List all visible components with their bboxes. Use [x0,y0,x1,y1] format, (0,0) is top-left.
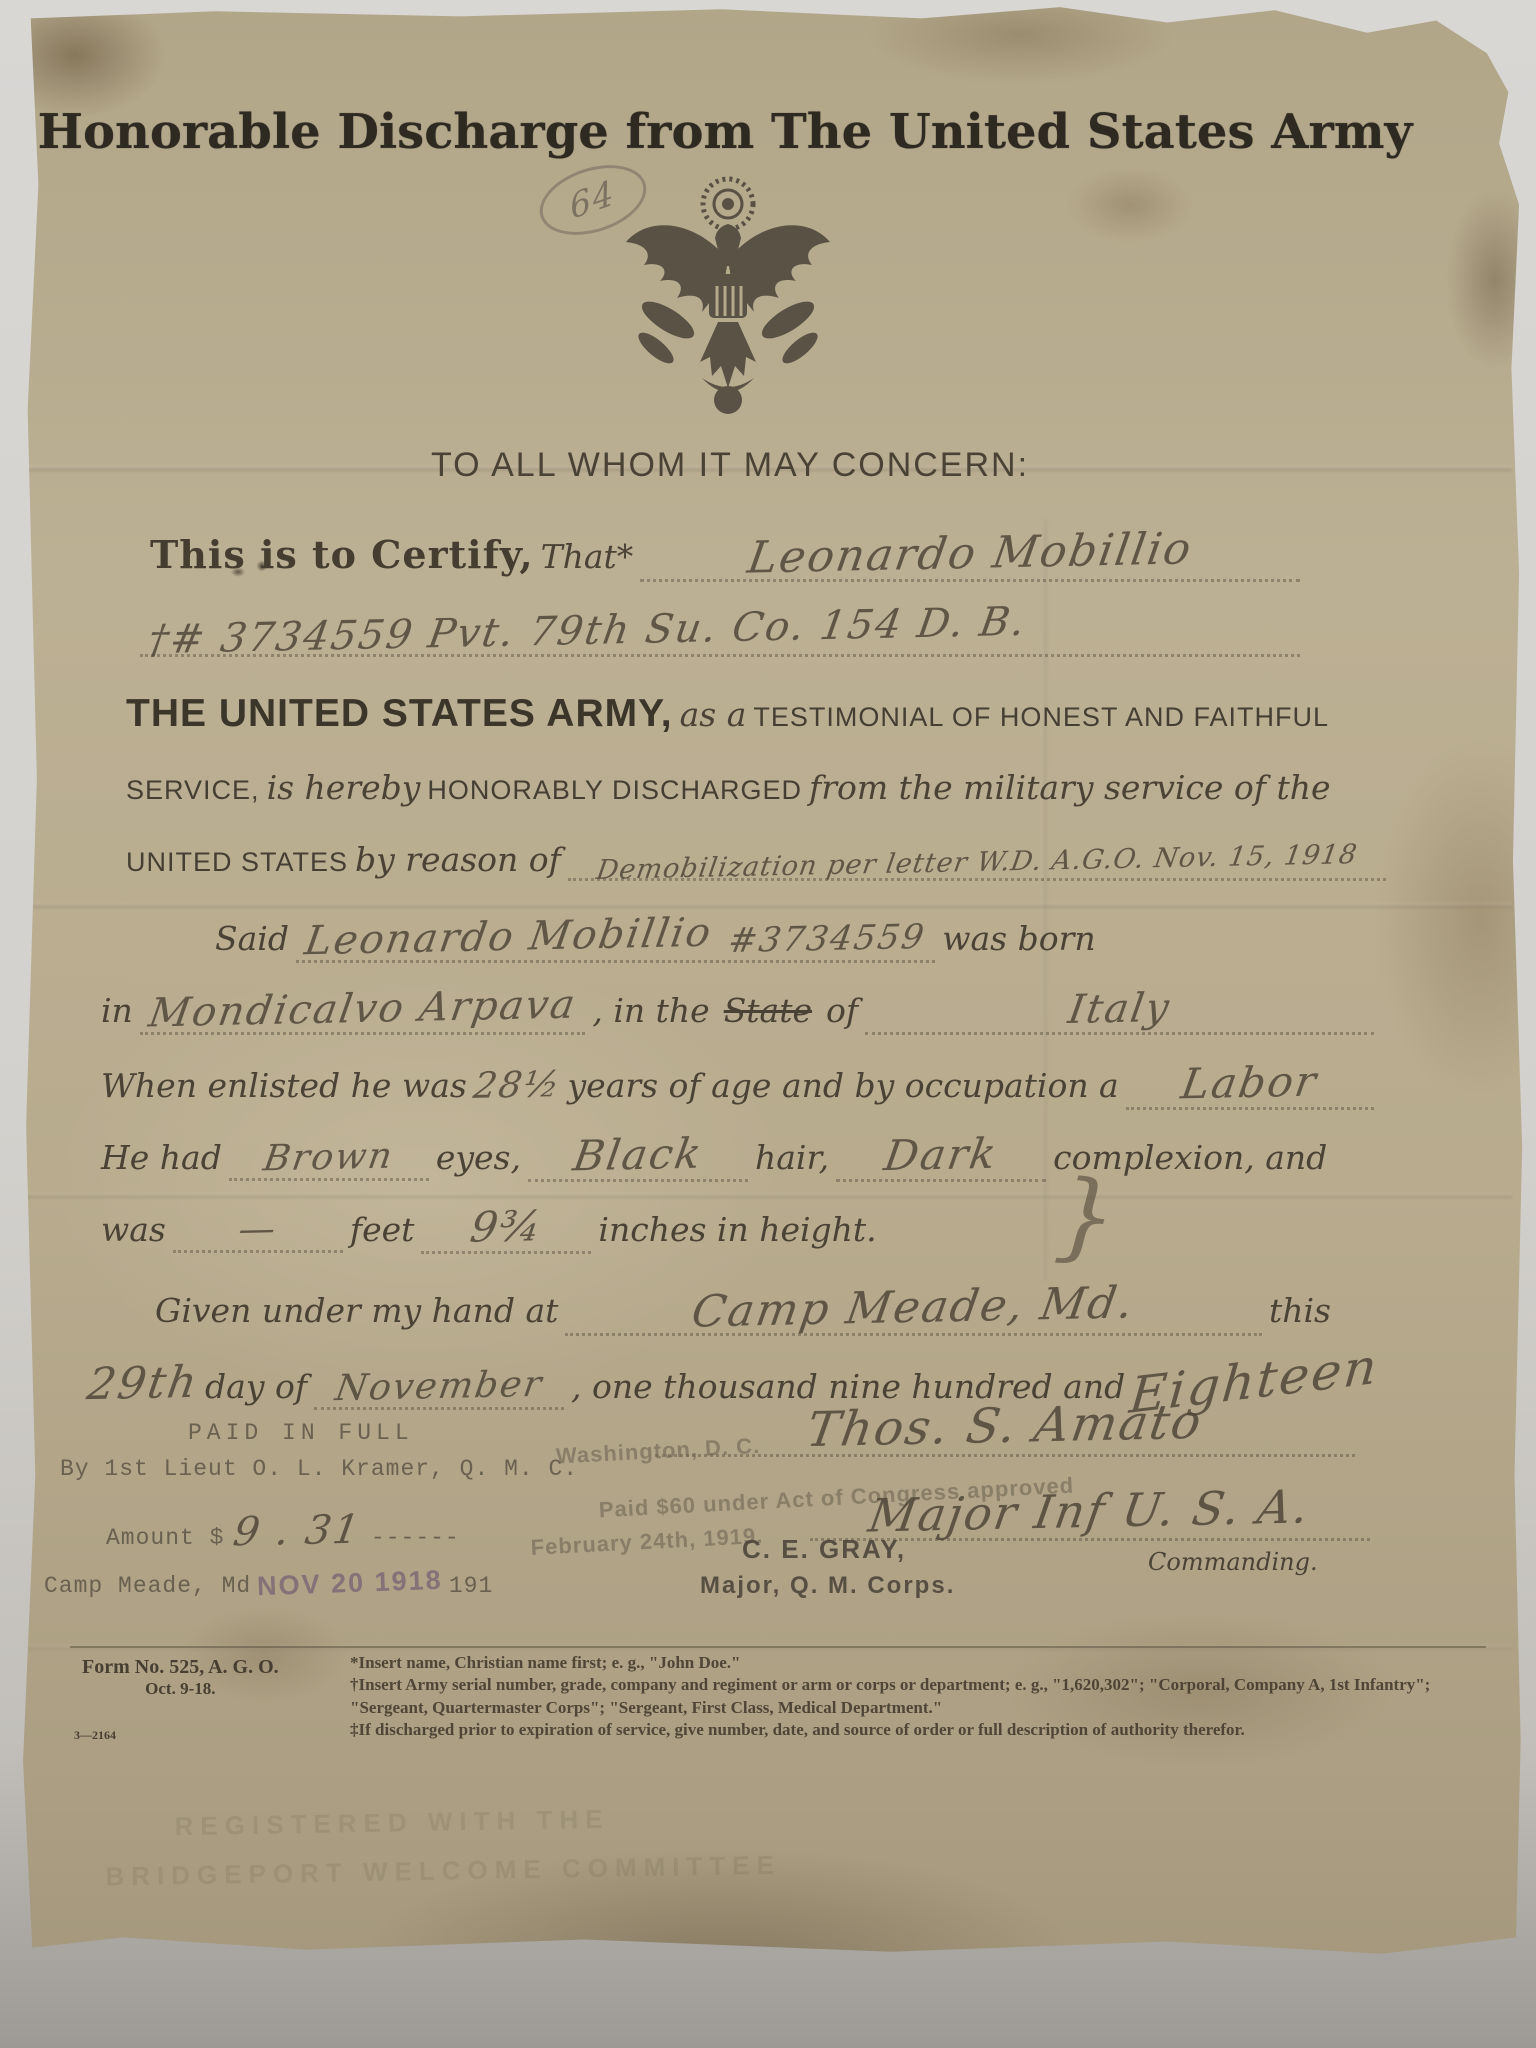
inches-word: inches in height. [598,1210,876,1249]
form-date: Oct. 9-18. [82,1679,279,1699]
qm-name-row: C. E. GRAY, [742,1534,906,1565]
hair-value: Black [570,1129,706,1181]
is-hereby: is hereby [267,768,421,807]
said-name-blank: Leonardo Mobillio #3734559 [296,914,935,963]
qm-title: Major, Q. M. Corps. [700,1572,955,1600]
certify-printed: This is to Certify, [150,532,534,577]
by-reason: by reason of [355,840,561,879]
serial-number: †# 3734559 Pvt. 79th Su. Co. 154 D. B. [145,599,1030,663]
month-value: November [332,1364,546,1409]
paragraph-line-2: SERVICE, is hereby HONORABLY DISCHARGED … [126,768,1338,807]
occupation-blank: Labor [1126,1058,1374,1110]
registration-stamp-line-1: REGISTERED WITH THE [174,1801,780,1843]
amount-label: Amount $ [106,1525,224,1551]
birthplace-line: in Mondicalvo Arpava , in the State of I… [94,986,1374,1035]
united-states-text: UNITED STATES [126,847,348,878]
complexion-blank: Dark [836,1130,1046,1182]
of-word: of [826,991,858,1030]
registration-stamp-line-2: BRIDGEPORT WELCOME COMMITTEE [105,1850,781,1893]
commanding-signature-row: Thos. S. Amato [655,1398,1355,1457]
camp-label: Camp Meade, Md [44,1573,251,1599]
month-blank: November [314,1366,564,1410]
fold-crease [24,903,1512,908]
testimonial-text: TESTIMONIAL OF HONEST AND FAITHFUL [753,702,1329,733]
said-word: Said [215,919,289,958]
this-word: this [1269,1291,1331,1330]
serial-line: †# 3734559 Pvt. 79th Su. Co. 154 D. B. [140,608,1300,657]
footnote-dagger: †Insert Army serial number, grade, compa… [350,1674,1490,1719]
form-number: Form No. 525, A. G. O. [82,1656,279,1679]
feet-blank: — [173,1209,343,1253]
state-value: Italy [1065,985,1174,1033]
place-blank: Camp Meade, Md. [565,1282,1262,1336]
feet-word: feet [350,1210,415,1249]
complexion-value: Dark [881,1129,1001,1180]
reason-blank: Demobilization per letter W.D. A.G.O. No… [568,847,1386,881]
soldier-name: Leonardo Mobillio [744,523,1196,583]
registration-stamp: REGISTERED WITH THE BRIDGEPORT WELCOME C… [174,1801,781,1892]
enlist-printed-2: years of age and by occupation a [568,1066,1119,1105]
certify-that: That* [541,537,634,576]
date-stamp: NOV 20 1918 [257,1565,444,1602]
certify-line: This is to Certify, That* Leonardo Mobil… [150,528,1300,582]
eyes-blank: Brown [229,1137,429,1181]
day-of: day of [205,1367,307,1406]
pen-brace-mark: } [1051,1158,1120,1274]
birthplace-value: Mondicalvo Arpava [146,982,580,1037]
commanding-signature: Thos. S. Amato [803,1394,1207,1458]
inches-value: 9¾ [467,1201,546,1251]
commanding-label-row: Commanding. [1148,1548,1318,1576]
as-a: as a [680,695,747,734]
document-title: Honorable Discharge from The United Stat… [38,104,1413,160]
inches-blank: 9¾ [421,1202,591,1254]
eagle-seal-icon [606,162,850,430]
height-line: was — feet 9¾ inches in height. [94,1202,884,1254]
given-printed: Given under my hand at [155,1291,558,1330]
qm-name: C. E. GRAY, [742,1534,906,1565]
paper-document: Honorable Discharge from The United Stat… [0,0,1536,2048]
commanding-label: Commanding. [1148,1548,1318,1576]
occupation-value: Labor [1178,1057,1321,1109]
said-line: Said Leonardo Mobillio #3734559 was born [208,914,1068,963]
feet-value: — [236,1209,281,1251]
year-suffix: 191 [449,1573,493,1599]
amount-value: 9 . 31 [231,1507,365,1556]
rank-signature: Major Inf U. S. A. [865,1479,1314,1542]
paid-in-full: PAID IN FULL [188,1420,414,1446]
amount-row: Amount $ 9 . 31 ------ [106,1508,460,1554]
salutation-row: TO ALL WHOM IT MAY CONCERN: [80,446,1380,485]
footer-divider [70,1646,1486,1648]
paid-in-full-row: PAID IN FULL [188,1420,414,1446]
qm-title-row: Major, Q. M. Corps. [700,1572,955,1600]
serial-blank: †# 3734559 Pvt. 79th Su. Co. 154 D. B. [140,608,1300,657]
age-value: 28½ [470,1064,563,1107]
place-value: Camp Meade, Md. [689,1277,1139,1337]
salutation: TO ALL WHOM IT MAY CONCERN: [431,446,1029,485]
hair-word: hair, [755,1138,829,1177]
fold-crease [24,1193,1512,1198]
name-blank: Leonardo Mobillio [640,528,1300,582]
eyes-word: eyes, [436,1138,521,1177]
rank-signature-row: Major Inf U. S. A. [810,1484,1370,1541]
army-bold-text: THE UNITED STATES ARMY, [126,692,673,736]
state-word-struck: State [724,991,812,1030]
reason-value: Demobilization per letter W.D. A.G.O. No… [594,839,1359,886]
birthplace-blank: Mondicalvo Arpava [140,986,586,1035]
said-name: Leonardo Mobillio [302,910,716,964]
signature-blank: Thos. S. Amato [655,1398,1355,1457]
description-line: He had Brown eyes, Black hair, Dark comp… [94,1130,1374,1182]
photo-of-document: { "title": "Honorable Discharge from The… [0,0,1536,2048]
in-word: in [101,991,133,1030]
eyes-value: Brown [261,1136,397,1180]
amount-dashes: ------ [371,1525,460,1551]
print-code: 3—2164 [74,1728,116,1743]
paid-by-row: By 1st Lieut O. L. Kramer, Q. M. C. [60,1456,578,1482]
hair-blank: Black [528,1130,748,1182]
was-word: was [101,1210,166,1249]
enlisted-line: When enlisted he was 28½ years of age an… [94,1058,1374,1110]
day-value: 29th [84,1357,202,1410]
was-born: was born [942,919,1095,958]
form-identifier: Form No. 525, A. G. O. Oct. 9-18. [82,1656,279,1699]
camp-date-row: Camp Meade, Md NOV 20 1918 191 [44,1568,493,1599]
service-text: SERVICE, [126,775,260,806]
honorably-discharged-text: HONORABLY DISCHARGED [427,775,802,806]
from-military: from the military service of the [809,768,1331,807]
state-blank: Italy [865,986,1374,1035]
footnote-star: *Insert name, Christian name first; e. g… [350,1652,1490,1674]
enlist-printed-1: When enlisted he was [101,1066,467,1105]
footer-notes: *Insert name, Christian name first; e. g… [350,1652,1490,1742]
given-line: Given under my hand at Camp Meade, Md. t… [148,1282,1338,1336]
footnote-double-dagger: ‡If discharged prior to expiration of se… [350,1719,1490,1741]
paragraph-line-3: UNITED STATES by reason of Demobilizatio… [126,840,1386,881]
in-the: , in the [592,991,709,1030]
paragraph-line-1: THE UNITED STATES ARMY, as a TESTIMONIAL… [126,692,1329,736]
document-header: Honorable Discharge from The United Stat… [60,104,1390,160]
he-had: He had [101,1138,222,1177]
said-serial: #3734559 [726,917,929,961]
rank-blank: Major Inf U. S. A. [810,1484,1370,1541]
paid-by-line: By 1st Lieut O. L. Kramer, Q. M. C. [60,1456,578,1482]
